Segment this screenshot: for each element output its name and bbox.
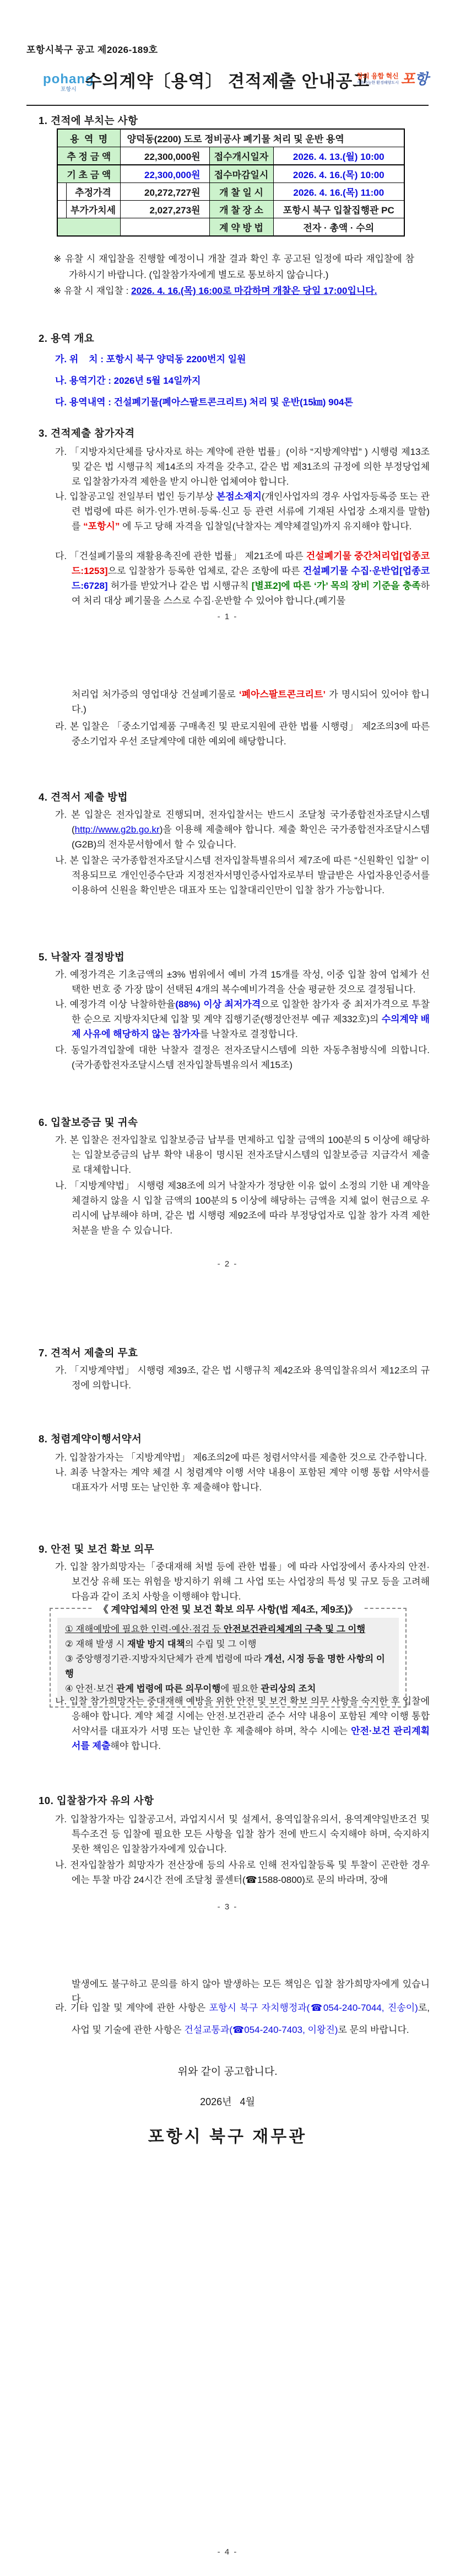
waste-asphalt-highlight: ‘폐아스팔트콘크리트’: [239, 689, 326, 700]
page-number: - 4 -: [0, 2547, 455, 2557]
note-rebid: ※ 유찰 시 재입찰을 진행할 예정이니 개찰 결과 확인 후 공고된 일정에 …: [53, 251, 414, 283]
s9-item-na: 나. 입찰 참가희망자는 중대재해 예방을 위한 안전 및 보건 확보 의무 사…: [55, 1694, 430, 1753]
bold-segment: 관계 법령에 따른 의무이행: [116, 1684, 220, 1694]
service-name-label: 용 역 명: [57, 129, 120, 147]
section8-heading: 8. 청렴계약이행서약서: [39, 1431, 142, 1446]
estimated-amount-value: 22,300,000원: [120, 147, 209, 165]
section3-heading: 3. 견적제출 참가자격: [39, 426, 135, 440]
overview-period: 나. 용역기간 : 2026년 5월 14일까지: [55, 370, 419, 391]
s3-item-da: 다. 「건설폐기물의 재활용촉진에 관한 법률」 제21조에 따른 건설폐기물 …: [55, 549, 430, 608]
close-deadline-value: 2026. 4. 16.(목) 10:00: [273, 165, 404, 183]
head-office-highlight: 본점소재지: [216, 491, 262, 502]
text-segment: 의 수립 및 그 이행: [185, 1639, 257, 1649]
indent-cell: [57, 183, 66, 201]
issuing-authority: 포항시 북구 재무관: [0, 2123, 455, 2147]
s6-item-na: 나. 「지방계약법」 시행령 제38조에 의거 낙찰자가 정당한 이유 없이 소…: [55, 1178, 430, 1238]
g2b-link[interactable]: http://www.g2b.go.kr: [75, 824, 160, 835]
equipment-standard-highlight: [별표2]에 따른 ‘가’ 목의 장비 기준을 충족: [252, 581, 421, 591]
vat-value: 2,027,273원: [120, 201, 209, 218]
s5-item-ga: 가. 예정가격은 기초금액의 ±3% 범위에서 예비 가격 15개를 작성, 이…: [55, 967, 430, 997]
contract-method-label: 계 약 방 법: [209, 218, 273, 237]
admin-contact-highlight: 포항시 북구 자치행정과(☎054-240-7044, 진송이): [209, 2003, 418, 2013]
table-row-base-amount: 기 초 금 액 22,300,000원 접수마감일시 2026. 4. 16.(…: [57, 165, 404, 183]
text-segment: 으로 입찰참가 등록한 업체로, 같은 조항에 따른: [108, 566, 303, 576]
safety-box-title: 《 계약업체의 안전 및 보건 확보 의무 사항(법 제4조, 제9조)》: [93, 1602, 363, 1616]
page-number: - 2 -: [0, 1259, 455, 1269]
s5-item-da: 다. 동일가격입찰에 대한 낙찰자 결정은 전자조달시스템에 의한 자동추첨방식…: [55, 1043, 430, 1072]
safety-item-3: ③ 중앙행정기관·지방자치단체가 관계 법령에 따라 개선, 시정 등을 명한 …: [65, 1652, 391, 1682]
empty-cell: [120, 218, 209, 237]
text-segment: 다. 「건설폐기물의 재활용촉진에 관한 법률」 제21조에 따른: [55, 551, 306, 561]
estimated-price-label: 추정가격: [66, 183, 120, 201]
text-segment: 라. 기타 입찰 및 계약에 관한 사항은: [55, 2003, 209, 2013]
text-segment: ③ 중앙행정기관·지방자치단체가 관계 법령에 따라: [65, 1654, 264, 1664]
overview-location: 가. 위 치 : 포항시 북구 양덕동 2200번지 일원: [55, 348, 419, 370]
bid-summary-table: 용 역 명 양덕동(2200) 도로 정비공사 폐기물 처리 및 운반 용역 추…: [57, 128, 405, 237]
s9-item-ga: 가. 입찰 참가희망자는「중대재해 처벌 등에 관한 법률」에 따라 사업장에서…: [55, 1559, 430, 1604]
s3-item-da-continued: 처리업 처가증의 영업대상 건설폐기물로 ‘폐아스팔트콘크리트’ 가 명시되어 …: [55, 687, 430, 717]
page-number: - 1 -: [0, 612, 455, 621]
closing-announcement: 위와 같이 공고합니다.: [0, 2063, 455, 2078]
s3-item-ga: 가. 「지방자치단체를 당사자로 하는 계약에 관한 법률」(이하 “지방계약법…: [55, 444, 430, 489]
estimated-price-value: 20,272,727원: [120, 183, 209, 201]
vat-label: 부가가치세: [66, 201, 120, 218]
lower-limit-highlight: (88%) 이상 최저가격: [175, 999, 261, 1010]
text-segment: 처리업 처가증의 영업대상 건설폐기물로: [72, 689, 239, 700]
estimated-amount-label: 추 정 금 액: [57, 147, 120, 165]
notice-number: 포항시북구 공고 제2026-189호: [26, 42, 158, 56]
text-segment: 를 낙찰자로 결정합니다.: [199, 1029, 297, 1039]
section1-heading: 1. 견적에 부치는 사항: [39, 113, 138, 127]
opening-place-value: 포항시 북구 입찰집행관 PC: [273, 201, 404, 218]
bid-opening-value: 2026. 4. 16.(목) 11:00: [273, 183, 404, 201]
slogan-line2: 지속가능한 환경해양도시: [356, 81, 398, 85]
text-segment: ① 재해예방에 필요한 인력·예산·점검 등: [65, 1624, 224, 1634]
s8-item-ga: 가. 입찰참가자는 「지방계약법」 제6조의2에 따른 청렴서약서를 제출한 것…: [55, 1450, 430, 1465]
text-segment: 로 문의 바랍니다.: [338, 2025, 409, 2035]
table-row-estimated-price: 추정가격 20,272,727원 개 찰 일 시 2026. 4. 16.(목)…: [57, 183, 404, 201]
bold-segment: 안전보건관리체계의 구축 및 그 이행: [224, 1624, 365, 1634]
contract-method-value: 전자 · 총액 · 수의: [273, 218, 404, 237]
s10-item-na: 나. 전자입찰참가 희망자가 전산장애 등의 사유로 인해 전자입찰등록 및 투…: [55, 1858, 430, 1887]
bold-segment: 재발 방지 대책: [127, 1639, 185, 1649]
underlined-segment: ① 재해예방에 필요한 인력·예산·점검 등 안전보건관리체계의 구축 및 그 …: [65, 1624, 365, 1634]
pohang-brand-mark: 포항: [401, 72, 429, 86]
rebid-deadline-highlight: 2026. 4. 16.(목) 16:00로 마감하며 개찰은 당일 17:00…: [131, 286, 377, 296]
announcement-document: 포항시북구 공고 제2026-189호 pohang 포항시 수의계약〔용역〕 …: [0, 0, 455, 2576]
closing-date: 2026년 4월: [0, 2094, 455, 2108]
section2-items: 가. 위 치 : 포항시 북구 양덕동 2200번지 일원 나. 용역기간 : …: [55, 348, 419, 413]
s10-item-ra: 라. 기타 입찰 및 계약에 관한 사항은 포항시 북구 자치행정과(☎054-…: [55, 1997, 430, 2041]
safety-item-1: ① 재해예방에 필요한 인력·예산·점검 등 안전보건관리체계의 구축 및 그 …: [65, 1622, 391, 1637]
bid-opening-label: 개 찰 일 시: [209, 183, 273, 201]
note-prefix: ※ 유찰 시 재입찰 :: [53, 286, 131, 296]
base-amount-value: 22,300,000원: [120, 165, 209, 183]
safety-item-2: ② 재해 발생 시 재발 방지 대책의 수립 및 그 이행: [65, 1637, 391, 1652]
table-notes: ※ 유찰 시 재입찰을 진행할 예정이니 개찰 결과 확인 후 공고된 일정에 …: [53, 251, 414, 299]
slogan-line1: 창의 융합 혁신: [356, 73, 398, 79]
s10-item-ga: 가. 입찰참가자는 입찰공고서, 과업지시서 및 설계서, 용역입찰유의서, 용…: [55, 1812, 430, 1856]
section4-heading: 4. 견적서 제출 방법: [39, 790, 128, 804]
s3-item-na: 나. 입찰공고일 전일부터 법인 등기부상 본점소재지(개인사업자의 경우 사업…: [55, 489, 430, 534]
section9-heading: 9. 안전 및 보건 확보 의무: [39, 1542, 154, 1556]
safety-box-items: ① 재해예방에 필요한 인력·예산·점검 등 안전보건관리체계의 구축 및 그 …: [57, 1618, 399, 1701]
table-row-contract-method: 계 약 방 법 전자 · 총액 · 수의: [57, 218, 404, 237]
close-deadline-label: 접수마감일시: [209, 165, 273, 183]
section2-heading: 2. 용역 개요: [39, 331, 94, 345]
text-segment: 허가를 받았거나 같은 법 시행규칙: [108, 581, 252, 591]
section6-heading: 6. 입찰보증금 및 귀속: [39, 1115, 138, 1129]
text-segment: 나. 예정가격 이상 낙찰하한율: [55, 999, 175, 1010]
overview-scope: 다. 용역내역 : 건설폐기물(폐아스팔트콘크리트) 처리 및 운반(15㎞) …: [55, 391, 419, 413]
open-start-value: 2026. 4. 13.(월) 10:00: [273, 147, 404, 165]
text-segment: 해야 합니다.: [110, 1741, 161, 1751]
header-divider: [26, 105, 429, 106]
base-amount-label: 기 초 금 액: [57, 165, 120, 183]
text-segment: 나. 입찰공고일 전일부터 법인 등기부상: [55, 491, 216, 502]
note-rebid-deadline: ※ 유찰 시 재입찰 : 2026. 4. 16.(목) 16:00로 마감하며…: [53, 283, 414, 299]
text-segment: ② 재해 발생 시: [65, 1639, 127, 1649]
s4-item-na: 나. 본 입찰은 국가종합전자조달시스템 전자입찰특별유의서 제7조에 따른 “…: [55, 853, 430, 898]
s8-item-na: 나. 최종 낙찰자는 계약 체결 시 청렴계약 이행 서약 내용이 포함된 계약…: [55, 1465, 430, 1495]
s7-item-ga: 가. 「지방계약법」 시행령 제39조, 같은 법 시행규칙 제42조와 용역입…: [55, 1363, 430, 1393]
service-name-value: 양덕동(2200) 도로 정비공사 폐기물 처리 및 운반 용역: [120, 129, 404, 147]
bold-segment: 관리상의 조치: [261, 1684, 316, 1694]
open-start-label: 접수개시일자: [209, 147, 273, 165]
text-segment: 에 두고 당해 자격을 입찰일(낙찰자는 계약체결일)까지 유지해야 합니다.: [120, 521, 411, 532]
pohang-city-highlight: “포항시”: [83, 521, 120, 532]
s3-item-ra: 라. 본 입찰은 「중소기업제품 구매촉진 및 판로지원에 관한 법률 시행령」…: [55, 719, 430, 749]
pohang-slogan-logo: 창의 융합 혁신 지속가능한 환경해양도시 포항: [356, 72, 429, 86]
brand-char-po: 포: [401, 71, 415, 87]
page-number: - 3 -: [0, 1902, 455, 1912]
opening-place-label: 개 찰 장 소: [209, 201, 273, 218]
text-segment: ④ 안전·보건: [65, 1684, 116, 1694]
empty-green-cell: [57, 218, 120, 237]
table-row-service-name: 용 역 명 양덕동(2200) 도로 정비공사 폐기물 처리 및 운반 용역: [57, 129, 404, 147]
table-row-vat: 부가가치세 2,027,273원 개 찰 장 소 포항시 북구 입찰집행관 PC: [57, 201, 404, 218]
slogan-text-block: 창의 융합 혁신 지속가능한 환경해양도시: [356, 73, 398, 85]
s6-item-ga: 가. 본 입찰은 전자입찰로 입찰보증금 납부를 면제하고 입찰 금액의 100…: [55, 1133, 430, 1177]
section10-heading: 10. 입찰참가자 유의 사항: [39, 1793, 154, 1807]
indent-cell: [57, 201, 66, 218]
brand-char-hang: 항: [415, 71, 429, 87]
table-row-estimated-amount: 추 정 금 액 22,300,000원 접수개시일자 2026. 4. 13.(…: [57, 147, 404, 165]
s5-item-na: 나. 예정가격 이상 낙찰하한율(88%) 이상 최저가격으로 입찰한 참가자 …: [55, 997, 430, 1042]
safety-obligation-box: 《 계약업체의 안전 및 보건 확보 의무 사항(법 제4조, 제9조)》 ① …: [50, 1608, 407, 1708]
section7-heading: 7. 견적서 제출의 무효: [39, 1345, 138, 1360]
tech-contact-highlight: 건설교통과(☎054-240-7403, 이왕진): [184, 2025, 338, 2035]
s4-item-ga: 가. 본 입찰은 전자입찰로 진행되며, 전자입찰서는 반드시 조달청 국가종합…: [55, 807, 430, 852]
text-segment: 에 필요한: [220, 1684, 261, 1694]
section5-heading: 5. 낙찰자 결정방법: [39, 949, 124, 964]
